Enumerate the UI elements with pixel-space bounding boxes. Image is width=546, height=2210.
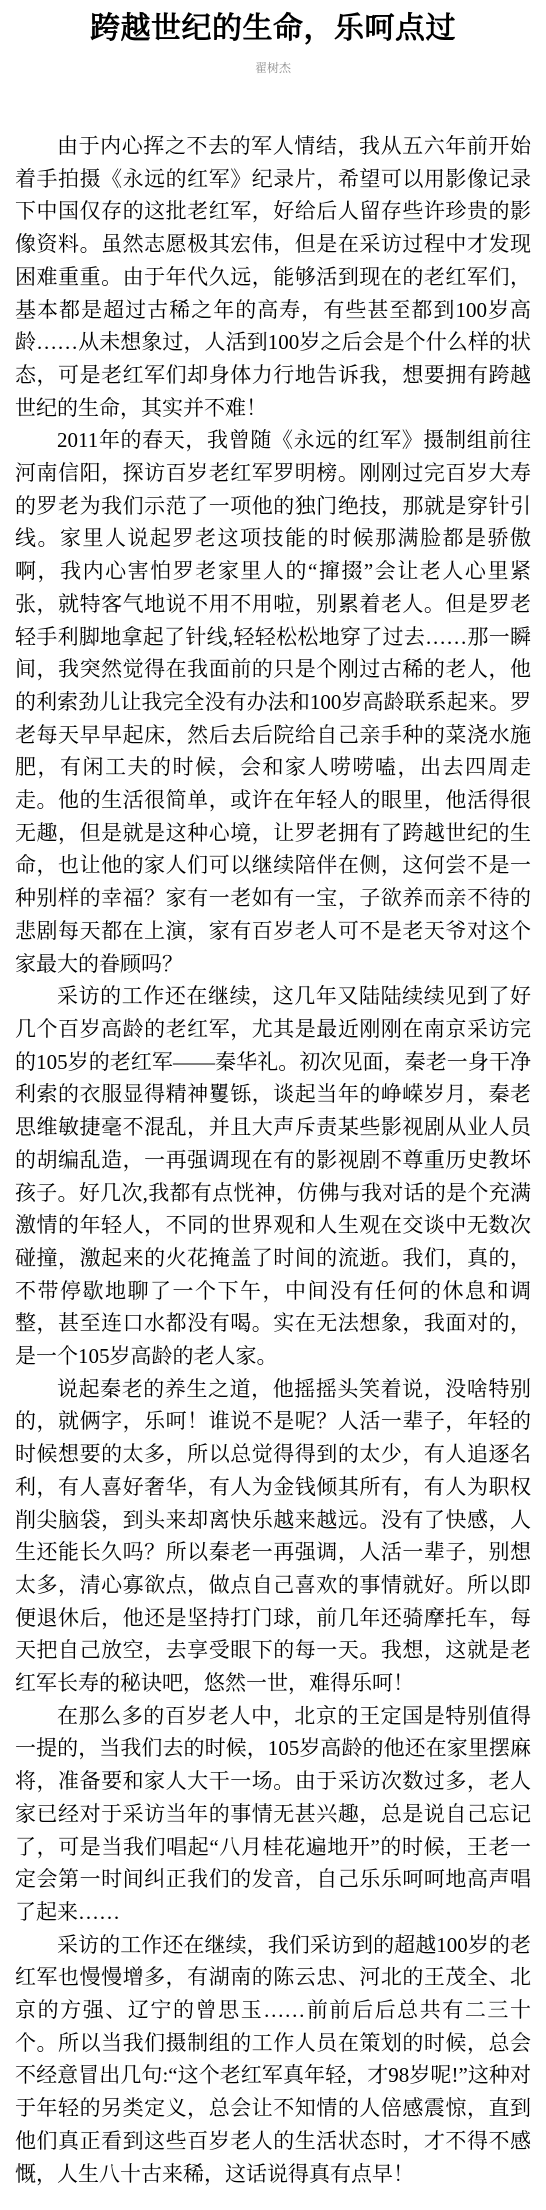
article-paragraph: 采访的工作还在继续，这几年又陆陆续续见到了好几个百岁高龄的老红军，尤其是最近刚刚… [15,980,531,1372]
article-paragraph: 在那么多的百岁老人中，北京的王定国是特别值得一提的，当我们去的时候，105岁高龄… [15,1700,531,1929]
article-paragraph: 2011年的春天，我曾随《永远的红军》摄制组前往河南信阳，探访百岁老红军罗明榜。… [15,424,531,980]
article-body: 由于内心挥之不去的军人情结，我从五六年前开始着手拍摄《永远的红军》纪录片，希望可… [0,130,546,2210]
article-paragraph: 采访的工作还在继续，我们采访到的超越100岁的老红军也慢慢增多，有湖南的陈云忠、… [15,1929,531,2191]
article-paragraph: 由于内心挥之不去的军人情结，我从五六年前开始着手拍摄《永远的红军》纪录片，希望可… [15,130,531,424]
article-author: 翟树杰 [0,61,546,75]
article-page: 跨越世纪的生命，乐呵点过 翟树杰 由于内心挥之不去的军人情结，我从五六年前开始着… [0,0,546,2210]
article-title: 跨越世纪的生命，乐呵点过 [16,12,530,46]
article-paragraph: 说起秦老的养生之道，他摇摇头笑着说，没啥特别的，就俩字，乐呵！谁说不是呢？人活一… [15,1373,531,1700]
